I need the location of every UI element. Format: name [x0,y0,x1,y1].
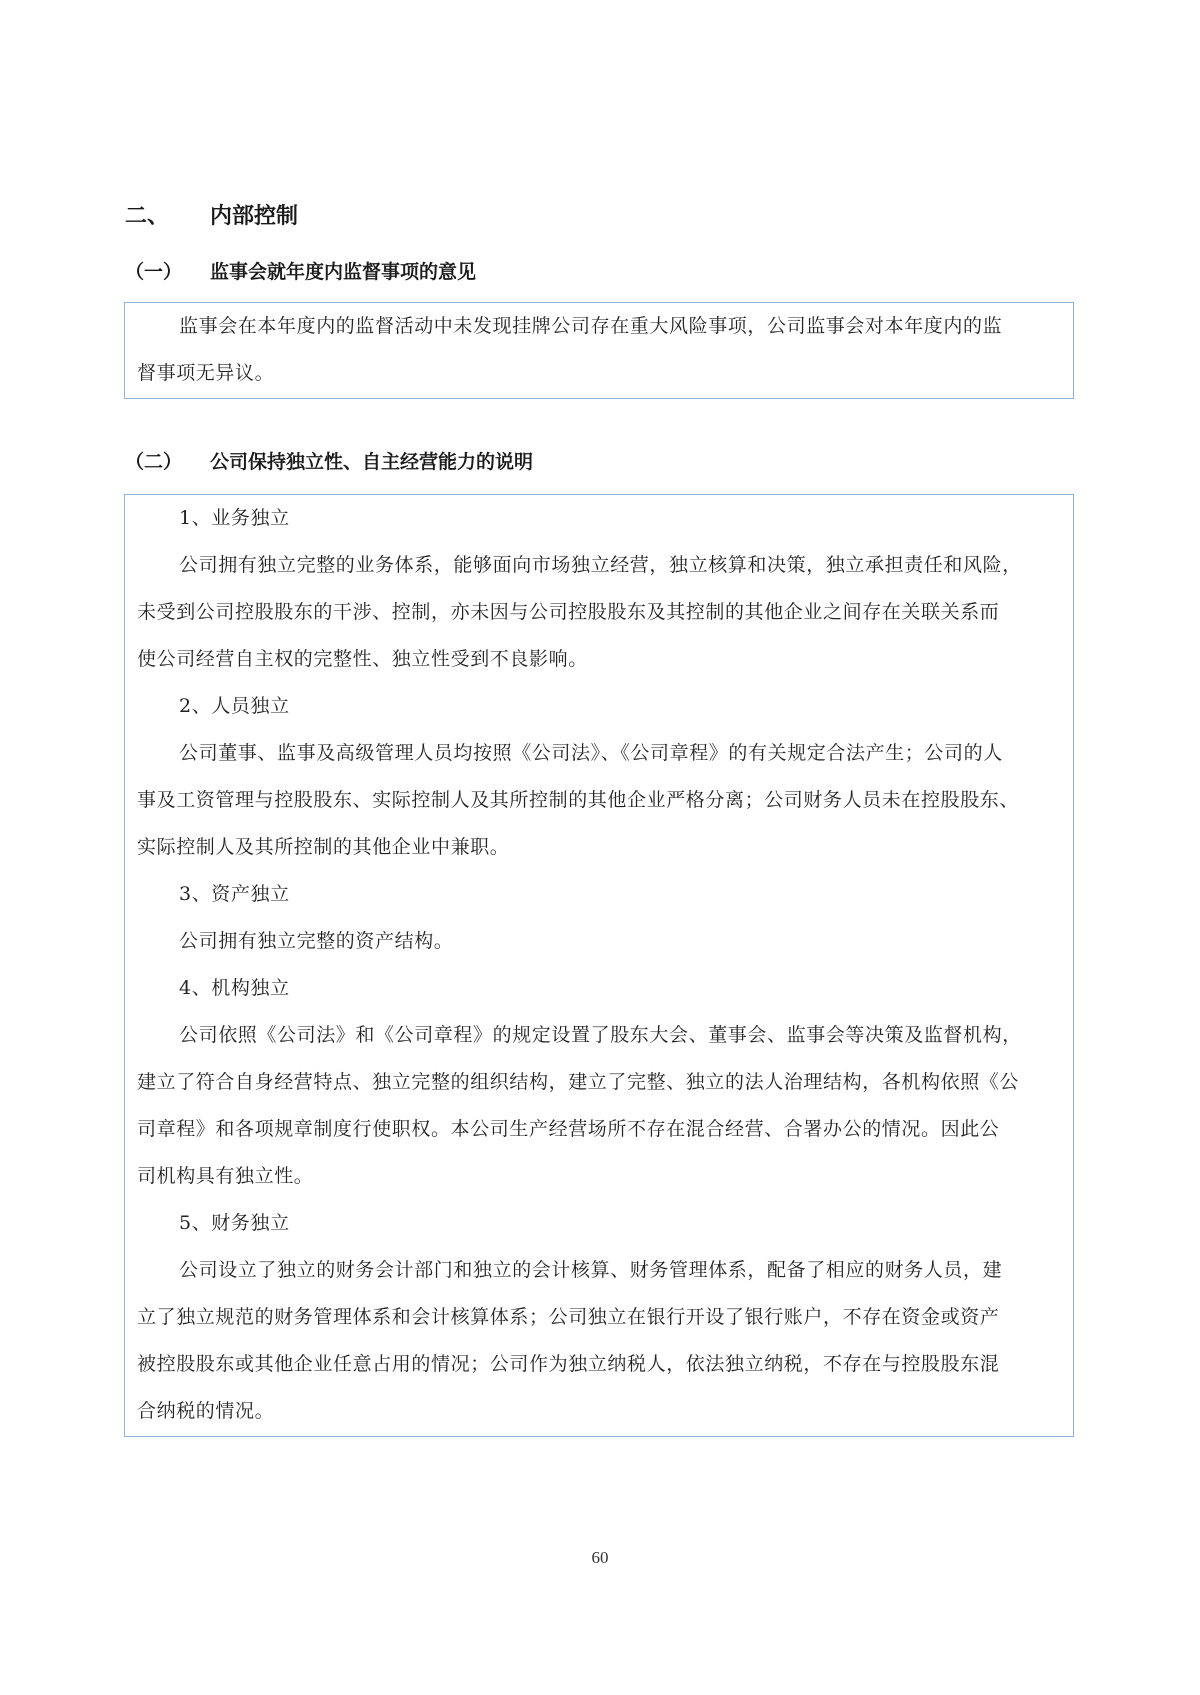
subsection-heading-2: （二）公司保持独立性、自主经营能力的说明 [125,447,533,477]
opinion-line: 监事会在本年度内的监督活动中未发现挂牌公司存在重大风险事项，公司监事会对本年度内… [137,303,1063,350]
item-line: 事及工资管理与控股股东、实际控制人及其所控制的其他企业严格分离；公司财务人员未在… [137,777,1063,824]
item-line: 司机构具有独立性。 [137,1153,1063,1200]
subsection-number: （一） [125,257,210,287]
subsection-title: 监事会就年度内监督事项的意见 [210,261,476,283]
item-title-personnel: 2、人员独立 [137,683,1063,730]
independence-box: 1、业务独立 公司拥有独立完整的业务体系，能够面向市场独立经营，独立核算和决策，… [124,494,1074,1437]
item-line: 未受到公司控股股东的干涉、控制，亦未因与公司控股股东及其控制的其他企业之间存在关… [137,589,1063,636]
item-line: 公司拥有独立完整的资产结构。 [137,918,1063,965]
section-number: 二、 [125,200,210,234]
subsection-number: （二） [125,447,210,477]
page-number: 60 [0,1548,1200,1568]
item-line: 使公司经营自主权的完整性、独立性受到不良影响。 [137,636,1063,683]
section-heading: 二、内部控制 [125,200,298,234]
item-line: 公司设立了独立的财务会计部门和独立的会计核算、财务管理体系，配备了相应的财务人员… [137,1247,1063,1294]
item-line: 司章程》和各项规章制度行使职权。本公司生产经营场所不存在混合经营、合署办公的情况… [137,1106,1063,1153]
opinion-line: 督事项无异议。 [137,350,1063,397]
item-title-business: 1、业务独立 [137,495,1063,542]
item-line: 合纳税的情况。 [137,1388,1063,1435]
item-line: 公司依照《公司法》和《公司章程》的规定设置了股东大会、董事会、监事会等决策及监督… [137,1012,1063,1059]
item-line: 公司拥有独立完整的业务体系，能够面向市场独立经营，独立核算和决策，独立承担责任和… [137,542,1063,589]
item-line: 建立了符合自身经营特点、独立完整的组织结构，建立了完整、独立的法人治理结构，各机… [137,1059,1063,1106]
item-line: 实际控制人及其所控制的其他企业中兼职。 [137,824,1063,871]
document-page: 二、内部控制 （一）监事会就年度内监督事项的意见 监事会在本年度内的监督活动中未… [0,0,1200,1695]
item-title-assets: 3、资产独立 [137,871,1063,918]
item-title-organization: 4、机构独立 [137,965,1063,1012]
item-line: 被控股股东或其他企业任意占用的情况；公司作为独立纳税人，依法独立纳税，不存在与控… [137,1341,1063,1388]
supervisory-opinion-box: 监事会在本年度内的监督活动中未发现挂牌公司存在重大风险事项，公司监事会对本年度内… [124,302,1074,399]
subsection-heading-1: （一）监事会就年度内监督事项的意见 [125,257,476,287]
item-line: 公司董事、监事及高级管理人员均按照《公司法》、《公司章程》的有关规定合法产生；公… [137,730,1063,777]
subsection-title: 公司保持独立性、自主经营能力的说明 [210,451,533,473]
section-title: 内部控制 [210,204,298,229]
item-title-finance: 5、财务独立 [137,1200,1063,1247]
item-line: 立了独立规范的财务管理体系和会计核算体系；公司独立在银行开设了银行账户，不存在资… [137,1294,1063,1341]
